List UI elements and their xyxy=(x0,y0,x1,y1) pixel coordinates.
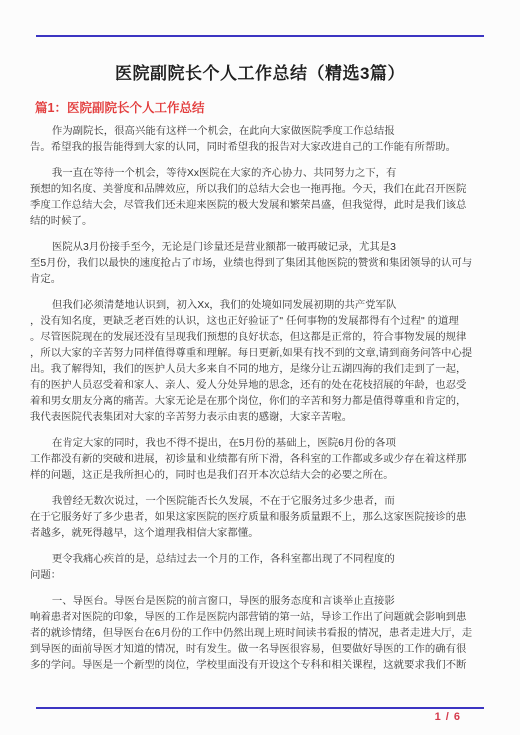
text-line: 我一直在等待一个机会，等待Xx医院在大家的齐心协力、共同努力之下，有 xyxy=(30,166,494,182)
text-line: 。尽管医院现在的发展还没有呈现我们预想的良好状态，但这都是正常的，符合事物发展的… xyxy=(30,330,494,346)
page-number: 1 / 6 xyxy=(0,711,461,723)
text-line: 在肯定大家的同时，我也不得不提出，在5月份的基础上，医院6月份的各项 xyxy=(30,436,494,452)
text-line: 响着患者对医院的印象，导医的工作是医院内部营销的第一站，导诊工作出了问题就会影响… xyxy=(30,610,494,626)
paragraph: 作为副院长，很高兴能有这样一个机会，在此向大家做医院季度工作总结报告。希望我的报… xyxy=(30,124,494,156)
text-line: 工作都没有新的突破和进展，初诊量和业绩都有所下滑，各科室的工作都或多或少存在着这… xyxy=(30,452,494,468)
text-line: 样的问题，这正是我所担心的，同时也是我们召开本次总结大会的必要之所在。 xyxy=(30,468,494,484)
paragraph: 我一直在等待一个机会，等待Xx医院在大家的齐心协力、共同努力之下，有预想的知名度… xyxy=(30,166,494,230)
text-line: 肯定。 xyxy=(30,272,494,288)
text-line: 者的就诊情绪，但导医台在6月份的工作中仍然出现上班时间读书看报的情况，患者走进大… xyxy=(30,626,494,642)
text-line: 出。我了解得知，我们的医护人员大多来自不同的地方，是缘分让五湖四海的我们走到了一… xyxy=(30,362,494,378)
text-line: 问题： xyxy=(30,568,494,584)
text-line: ，所以大家的辛苦努力同样值得尊重和理解。每日更新,如果有找不到的文章,请到商务问… xyxy=(30,346,494,362)
footer-divider xyxy=(36,707,484,709)
text-line: 者越多，就死得越早，这个道理我相信大家都懂。 xyxy=(30,526,494,542)
paragraph: 在肯定大家的同时，我也不得不提出，在5月份的基础上，医院6月份的各项工作都没有新… xyxy=(30,436,494,484)
paragraph: 我曾经无数次说过，一个医院能否长久发展，不在于它服务过多少患者，而在于它服务好了… xyxy=(30,494,494,542)
text-line: 在于它服务好了多少患者，如果这家医院的医疗质量和服务质量跟不上，那么这家医院接诊… xyxy=(30,510,494,526)
document-page: 医院副院长个人工作总结（精选3篇） 篇1：医院副院长个人工作总结 作为副院长，很… xyxy=(0,0,520,735)
article-1-heading: 篇1：医院副院长个人工作总结 xyxy=(35,98,204,116)
text-line: 但我们必须清楚地认识到，初入Xx，我们的处境如同发展初期的共产党军队 xyxy=(30,298,494,314)
paragraph: 但我们必须清楚地认识到，初入Xx，我们的处境如同发展初期的共产党军队，没有知名度… xyxy=(30,298,494,426)
paragraph: 更令我痛心疾首的是，总结过去一个月的工作，各科室都出现了不同程度的问题： xyxy=(30,552,494,584)
text-line: ，没有知名度，更缺乏老百姓的认识，这也正好验证了" 任何事物的发展都得有个过程"… xyxy=(30,314,494,330)
text-line: 至5月份，我们以最快的速度抢占了市场，业绩也得到了集团其他医院的赞赏和集团领导的… xyxy=(30,256,494,272)
text-line: 我曾经无数次说过，一个医院能否长久发展，不在于它服务过多少患者，而 xyxy=(30,494,494,510)
text-line: 医院从3月份接手至今，无论是门诊量还是营业额都一破再破记录，尤其是3 xyxy=(30,240,494,256)
text-line: 季度工作总结大会，尽管我们还未迎来医院的极大发展和繁荣昌盛，但我觉得，此时是我们… xyxy=(30,198,494,214)
paragraph: 一、导医台。导医台是医院的前言窗口，导医的服务态度和言谈举止直接影响着患者对医院… xyxy=(30,594,494,674)
text-line: 着和男女朋友分离的痛苦。大家无论是在那个岗位，你们的辛苦和努力都是值得尊重和肯定… xyxy=(30,394,494,410)
document-title: 医院副院长个人工作总结（精选3篇） xyxy=(0,59,520,84)
text-line: 更令我痛心疾首的是，总结过去一个月的工作，各科室都出现了不同程度的 xyxy=(30,552,494,568)
text-line: 多的学问。导医是一个新型的岗位，学校里面没有开设这个专科和相关课程，这就要求我们… xyxy=(30,658,494,674)
text-line: 到导医的面前导医才知道的情况，时有发生。做一名导医很容易，但要做好导医的工作的确… xyxy=(30,642,494,658)
text-line: 预想的知名度、美誉度和品牌效应，所以我们的总结大会也一拖再拖。今天，我们在此召开… xyxy=(30,182,494,198)
header-divider xyxy=(36,35,484,37)
paragraph: 医院从3月份接手至今，无论是门诊量还是营业额都一破再破记录，尤其是3至5月份，我… xyxy=(30,240,494,288)
text-line: 结的时候了。 xyxy=(30,214,494,230)
text-line: 有的医护人员忍受着和家人、亲人、爱人分处异地的思念，还有的处在花枝招展的年龄，也… xyxy=(30,378,494,394)
document-body: 作为副院长，很高兴能有这样一个机会，在此向大家做医院季度工作总结报告。希望我的报… xyxy=(30,124,494,684)
text-line: 作为副院长，很高兴能有这样一个机会，在此向大家做医院季度工作总结报 xyxy=(30,124,494,140)
text-line: 告。希望我的报告能得到大家的认同，同时希望我的报告对大家改进自己的工作能有所帮助… xyxy=(30,140,494,156)
text-line: 一、导医台。导医台是医院的前言窗口，导医的服务态度和言谈举止直接影 xyxy=(30,594,494,610)
text-line: 我代表医院代表集团对大家的辛苦努力表示由衷的感谢，大家辛苦啦。 xyxy=(30,410,494,426)
